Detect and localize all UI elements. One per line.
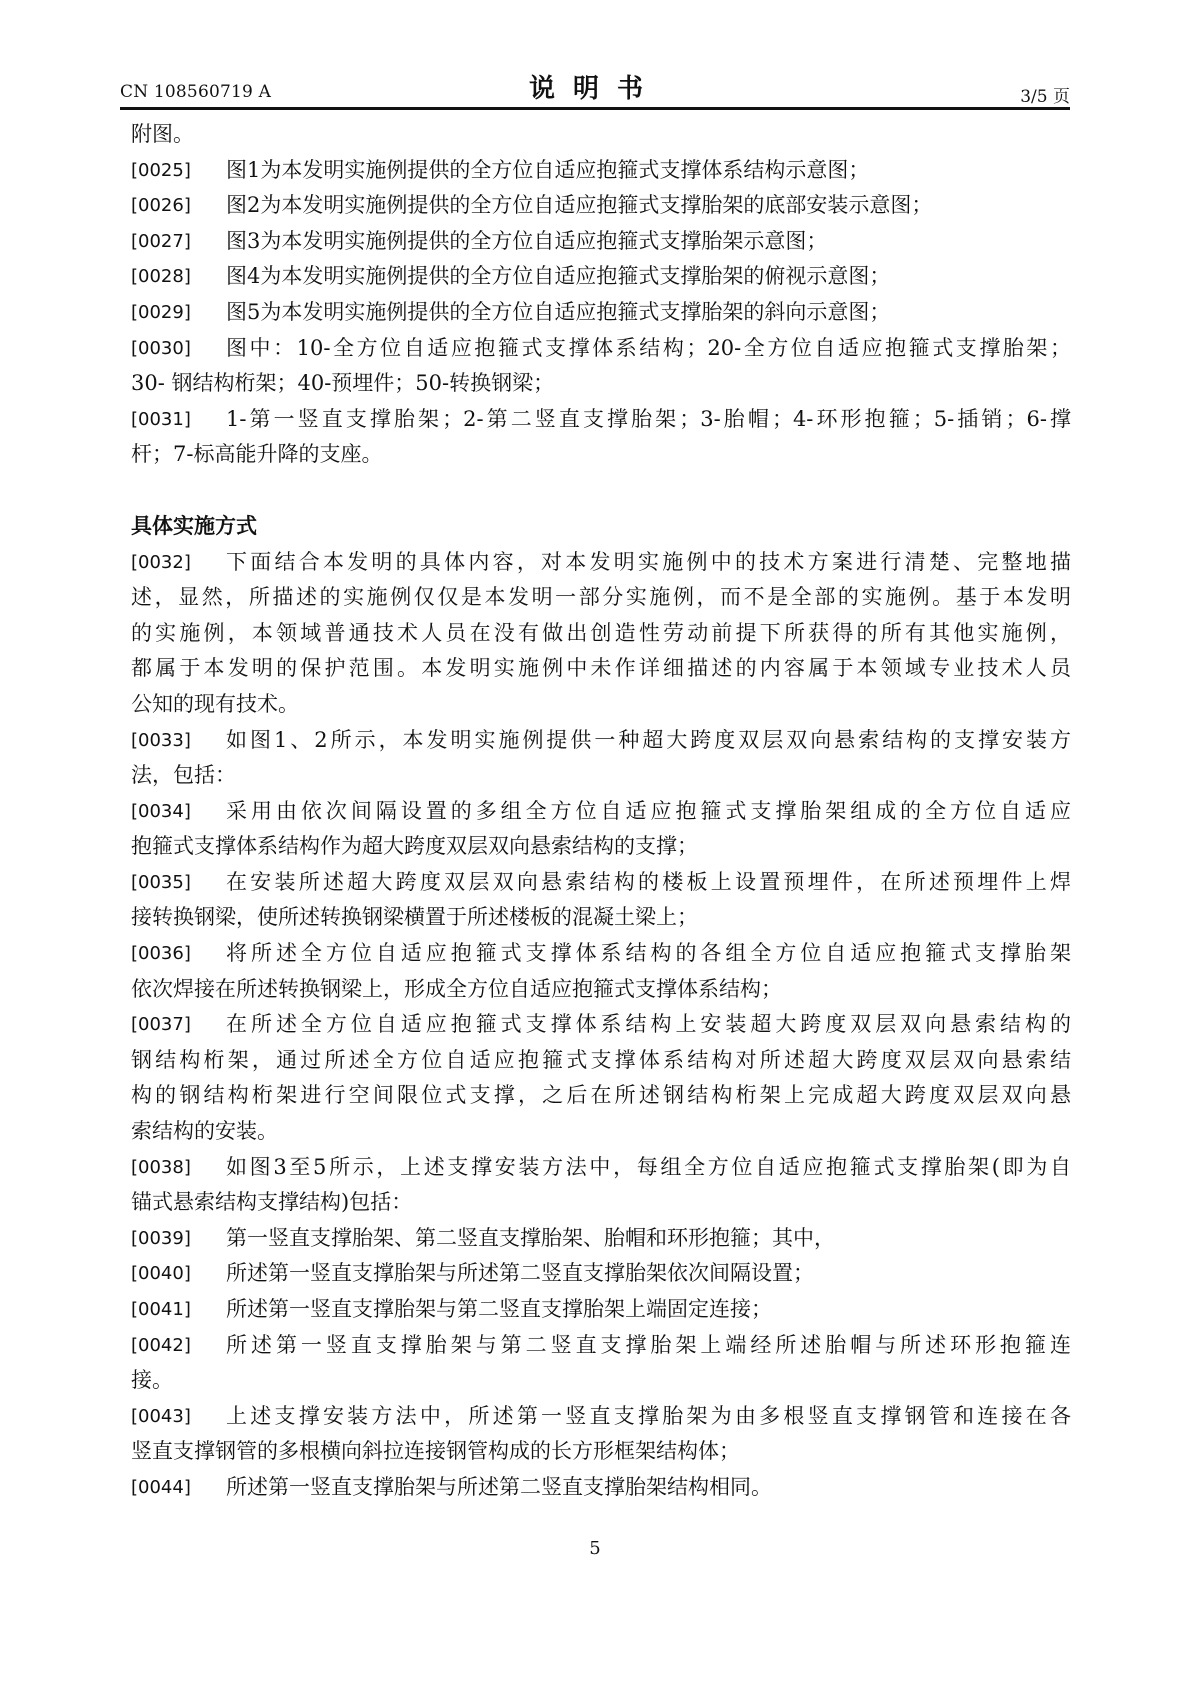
paragraph-number: [0031] [131, 402, 226, 438]
paragraph-first-line: [0035]在安装所述超大跨度双层双向悬索结构的楼板上设置预埋件，在所述预埋件上… [131, 865, 1071, 901]
paragraph: [0027]图3为本发明实施例提供的全方位自适应抱箍式支撑胎架示意图； [131, 224, 1071, 260]
paragraph-first-line: [0036]将所述全方位自适应抱箍式支撑体系结构的各组全方位自适应抱箍式支撑胎架 [131, 936, 1071, 972]
page-indicator: 3/5 页 [1020, 82, 1070, 107]
paragraph: [0038]如图3至5所示，上述支撑安装方法中，每组全方位自适应抱箍式支撑胎架(… [131, 1150, 1071, 1221]
paragraph-text: 图3为本发明实施例提供的全方位自适应抱箍式支撑胎架示意图； [226, 224, 1071, 260]
paragraph: [0039]第一竖直支撑胎架、第二竖直支撑胎架、胎帽和环形抱箍；其中， [131, 1221, 1071, 1257]
paragraph: [0028]图4为本发明实施例提供的全方位自适应抱箍式支撑胎架的俯视示意图； [131, 259, 1071, 295]
header-rule [120, 107, 1070, 110]
paragraph-first-line: [0030]图中：10-全方位自适应抱箍式支撑体系结构；20-全方位自适应抱箍式… [131, 331, 1071, 367]
paragraph-text: 上述支撑安装方法中，所述第一竖直支撑胎架为由多根竖直支撑钢管和连接在各 [226, 1399, 1071, 1435]
paragraph-number: [0041] [131, 1292, 226, 1328]
paragraph: [0033]如图1、2所示，本发明实施例提供一种超大跨度双层双向悬索结构的支撑安… [131, 723, 1071, 794]
paragraph-continuation: 30- 钢结构桁架；40-预埋件；50-转换钢梁； [131, 366, 1071, 402]
paragraph-continuation: 的实施例，本领域普通技术人员在没有做出创造性劳动前提下所获得的所有其他实施例， [131, 616, 1071, 652]
paragraph-text: 如图3至5所示，上述支撑安装方法中，每组全方位自适应抱箍式支撑胎架(即为自 [226, 1150, 1071, 1186]
paragraph-first-line: [0043]上述支撑安装方法中，所述第一竖直支撑胎架为由多根竖直支撑钢管和连接在… [131, 1399, 1071, 1435]
paragraph-number: [0039] [131, 1221, 226, 1257]
paragraph: [0043]上述支撑安装方法中，所述第一竖直支撑胎架为由多根竖直支撑钢管和连接在… [131, 1399, 1071, 1470]
paragraph-text: 采用由依次间隔设置的多组全方位自适应抱箍式支撑胎架组成的全方位自适应 [226, 794, 1071, 830]
paragraph-number: [0032] [131, 545, 226, 581]
paragraph-text: 所述第一竖直支撑胎架与所述第二竖直支撑胎架结构相同。 [226, 1470, 1071, 1506]
paragraph-text: 如图1、2所示，本发明实施例提供一种超大跨度双层双向悬索结构的支撑安装方 [226, 723, 1071, 759]
paragraph: [0044]所述第一竖直支撑胎架与所述第二竖直支撑胎架结构相同。 [131, 1470, 1071, 1506]
paragraph-number: [0042] [131, 1328, 226, 1364]
paragraph-first-line: [0042]所述第一竖直支撑胎架与第二竖直支撑胎架上端经所述胎帽与所述环形抱箍连 [131, 1328, 1071, 1364]
embodiment-paragraphs: [0032]下面结合本发明的具体内容，对本发明实施例中的技术方案进行清楚、完整地… [131, 545, 1071, 1506]
paragraph-continuation: 公知的现有技术。 [131, 687, 1071, 723]
paragraph-continuation: 索结构的安装。 [131, 1114, 1071, 1150]
paragraph-number: [0035] [131, 865, 226, 901]
paragraph-text: 在所述全方位自适应抱箍式支撑体系结构上安装超大跨度双层双向悬索结构的 [226, 1007, 1071, 1043]
paragraph-continuation: 都属于本发明的保护范围。本发明实施例中未作详细描述的内容属于本领域专业技术人员 [131, 651, 1071, 687]
paragraph-number: [0044] [131, 1470, 226, 1506]
paragraph: [0032]下面结合本发明的具体内容，对本发明实施例中的技术方案进行清楚、完整地… [131, 545, 1071, 723]
paragraph-text: 图2为本发明实施例提供的全方位自适应抱箍式支撑胎架的底部安装示意图； [226, 188, 1071, 224]
paragraph-continuation: 构的钢结构桁架进行空间限位式支撑，之后在所述钢结构桁架上完成超大跨度双层双向悬 [131, 1078, 1071, 1114]
paragraph-continuation: 竖直支撑钢管的多根横向斜拉连接钢管构成的长方形框架结构体； [131, 1434, 1071, 1470]
paragraph-number: [0036] [131, 936, 226, 972]
paragraph-number: [0037] [131, 1007, 226, 1043]
paragraph-text: 1-第一竖直支撑胎架；2-第二竖直支撑胎架；3-胎帽；4-环形抱箍；5-插销；6… [226, 402, 1071, 438]
paragraph: [0026]图2为本发明实施例提供的全方位自适应抱箍式支撑胎架的底部安装示意图； [131, 188, 1071, 224]
paragraph-continuation: 述，显然，所描述的实施例仅仅是本发明一部分实施例，而不是全部的实施例。基于本发明 [131, 580, 1071, 616]
paragraph-continuation: 接。 [131, 1363, 1071, 1399]
paragraph-first-line: [0034]采用由依次间隔设置的多组全方位自适应抱箍式支撑胎架组成的全方位自适应 [131, 794, 1071, 830]
paragraph-number: [0040] [131, 1256, 226, 1292]
paragraph-first-line: [0028]图4为本发明实施例提供的全方位自适应抱箍式支撑胎架的俯视示意图； [131, 259, 1071, 295]
paragraph-number: [0038] [131, 1150, 226, 1186]
paragraph-text: 第一竖直支撑胎架、第二竖直支撑胎架、胎帽和环形抱箍；其中， [226, 1221, 1071, 1257]
paragraph-first-line: [0039]第一竖直支撑胎架、第二竖直支撑胎架、胎帽和环形抱箍；其中， [131, 1221, 1071, 1257]
page-number: 5 [0, 1538, 1190, 1559]
paragraph: [0034]采用由依次间隔设置的多组全方位自适应抱箍式支撑胎架组成的全方位自适应… [131, 794, 1071, 865]
paragraph-text: 所述第一竖直支撑胎架与所述第二竖直支撑胎架依次间隔设置； [226, 1256, 1071, 1292]
paragraph-continuation: 锚式悬索结构支撑结构)包括： [131, 1185, 1071, 1221]
paragraph-continuation: 杆；7-标高能升降的支座。 [131, 437, 1071, 473]
paragraph: [0042]所述第一竖直支撑胎架与第二竖直支撑胎架上端经所述胎帽与所述环形抱箍连… [131, 1328, 1071, 1399]
paragraph-text: 图1为本发明实施例提供的全方位自适应抱箍式支撑体系结构示意图； [226, 153, 1071, 189]
paragraph-number: [0025] [131, 153, 226, 189]
paragraph-number: [0029] [131, 295, 226, 331]
paragraph-text: 所述第一竖直支撑胎架与第二竖直支撑胎架上端固定连接； [226, 1292, 1071, 1328]
paragraph-first-line: [0033]如图1、2所示，本发明实施例提供一种超大跨度双层双向悬索结构的支撑安… [131, 723, 1071, 759]
paragraph-first-line: [0025]图1为本发明实施例提供的全方位自适应抱箍式支撑体系结构示意图； [131, 153, 1071, 189]
section-heading: 具体实施方式 [131, 509, 1071, 545]
paragraph-first-line: [0026]图2为本发明实施例提供的全方位自适应抱箍式支撑胎架的底部安装示意图； [131, 188, 1071, 224]
paragraph-first-line: [0040]所述第一竖直支撑胎架与所述第二竖直支撑胎架依次间隔设置； [131, 1256, 1071, 1292]
paragraph: [0035]在安装所述超大跨度双层双向悬索结构的楼板上设置预埋件，在所述预埋件上… [131, 865, 1071, 936]
paragraph-continuation: 接转换钢梁，使所述转换钢梁横置于所述楼板的混凝土梁上； [131, 900, 1071, 936]
paragraph: [0030]图中：10-全方位自适应抱箍式支撑体系结构；20-全方位自适应抱箍式… [131, 331, 1071, 402]
paragraph: [0036]将所述全方位自适应抱箍式支撑体系结构的各组全方位自适应抱箍式支撑胎架… [131, 936, 1071, 1007]
paragraph-text: 将所述全方位自适应抱箍式支撑体系结构的各组全方位自适应抱箍式支撑胎架 [226, 936, 1071, 972]
paragraph-continuation: 依次焊接在所述转换钢梁上，形成全方位自适应抱箍式支撑体系结构； [131, 972, 1071, 1008]
document-body: 附图。 [0025]图1为本发明实施例提供的全方位自适应抱箍式支撑体系结构示意图… [131, 117, 1071, 1506]
paragraph-first-line: [0027]图3为本发明实施例提供的全方位自适应抱箍式支撑胎架示意图； [131, 224, 1071, 260]
paragraph: [0031]1-第一竖直支撑胎架；2-第二竖直支撑胎架；3-胎帽；4-环形抱箍；… [131, 402, 1071, 473]
paragraph: [0041]所述第一竖直支撑胎架与第二竖直支撑胎架上端固定连接； [131, 1292, 1071, 1328]
paragraph-first-line: [0032]下面结合本发明的具体内容，对本发明实施例中的技术方案进行清楚、完整地… [131, 545, 1071, 581]
paragraph-text: 图5为本发明实施例提供的全方位自适应抱箍式支撑胎架的斜向示意图； [226, 295, 1071, 331]
paragraph: [0025]图1为本发明实施例提供的全方位自适应抱箍式支撑体系结构示意图； [131, 153, 1071, 189]
paragraph-text: 图中：10-全方位自适应抱箍式支撑体系结构；20-全方位自适应抱箍式支撑胎架； [226, 331, 1071, 367]
paragraph-text: 下面结合本发明的具体内容，对本发明实施例中的技术方案进行清楚、完整地描 [226, 545, 1071, 581]
paragraph-continuation: 钢结构桁架，通过所述全方位自适应抱箍式支撑体系结构对所述超大跨度双层双向悬索结 [131, 1043, 1071, 1079]
paragraph-first-line: [0044]所述第一竖直支撑胎架与所述第二竖直支撑胎架结构相同。 [131, 1470, 1071, 1506]
paragraph-number: [0026] [131, 188, 226, 224]
paragraph: [0040]所述第一竖直支撑胎架与所述第二竖直支撑胎架依次间隔设置； [131, 1256, 1071, 1292]
paragraph: [0029]图5为本发明实施例提供的全方位自适应抱箍式支撑胎架的斜向示意图； [131, 295, 1071, 331]
paragraph-number: [0027] [131, 224, 226, 260]
paragraph-first-line: [0041]所述第一竖直支撑胎架与第二竖直支撑胎架上端固定连接； [131, 1292, 1071, 1328]
paragraph-text: 所述第一竖直支撑胎架与第二竖直支撑胎架上端经所述胎帽与所述环形抱箍连 [226, 1328, 1071, 1364]
paragraph: [0037]在所述全方位自适应抱箍式支撑体系结构上安装超大跨度双层双向悬索结构的… [131, 1007, 1071, 1149]
figure-descriptions: [0025]图1为本发明实施例提供的全方位自适应抱箍式支撑体系结构示意图；[00… [131, 153, 1071, 473]
paragraph-number: [0033] [131, 723, 226, 759]
intro-line: 附图。 [131, 117, 1071, 153]
paragraph-text: 图4为本发明实施例提供的全方位自适应抱箍式支撑胎架的俯视示意图； [226, 259, 1071, 295]
document-title: 说明书 [120, 68, 1070, 105]
paragraph-text: 在安装所述超大跨度双层双向悬索结构的楼板上设置预埋件，在所述预埋件上焊 [226, 865, 1071, 901]
paragraph-number: [0034] [131, 794, 226, 830]
paragraph-first-line: [0029]图5为本发明实施例提供的全方位自适应抱箍式支撑胎架的斜向示意图； [131, 295, 1071, 331]
paragraph-first-line: [0037]在所述全方位自适应抱箍式支撑体系结构上安装超大跨度双层双向悬索结构的 [131, 1007, 1071, 1043]
paragraph-continuation: 抱箍式支撑体系结构作为超大跨度双层双向悬索结构的支撑； [131, 829, 1071, 865]
paragraph-number: [0043] [131, 1399, 226, 1435]
page-header: CN 108560719 A 说明书 3/5 页 [120, 68, 1070, 108]
paragraph-first-line: [0038]如图3至5所示，上述支撑安装方法中，每组全方位自适应抱箍式支撑胎架(… [131, 1150, 1071, 1186]
paragraph-number: [0030] [131, 331, 226, 367]
paragraph-number: [0028] [131, 259, 226, 295]
paragraph-first-line: [0031]1-第一竖直支撑胎架；2-第二竖直支撑胎架；3-胎帽；4-环形抱箍；… [131, 402, 1071, 438]
paragraph-continuation: 法，包括： [131, 758, 1071, 794]
